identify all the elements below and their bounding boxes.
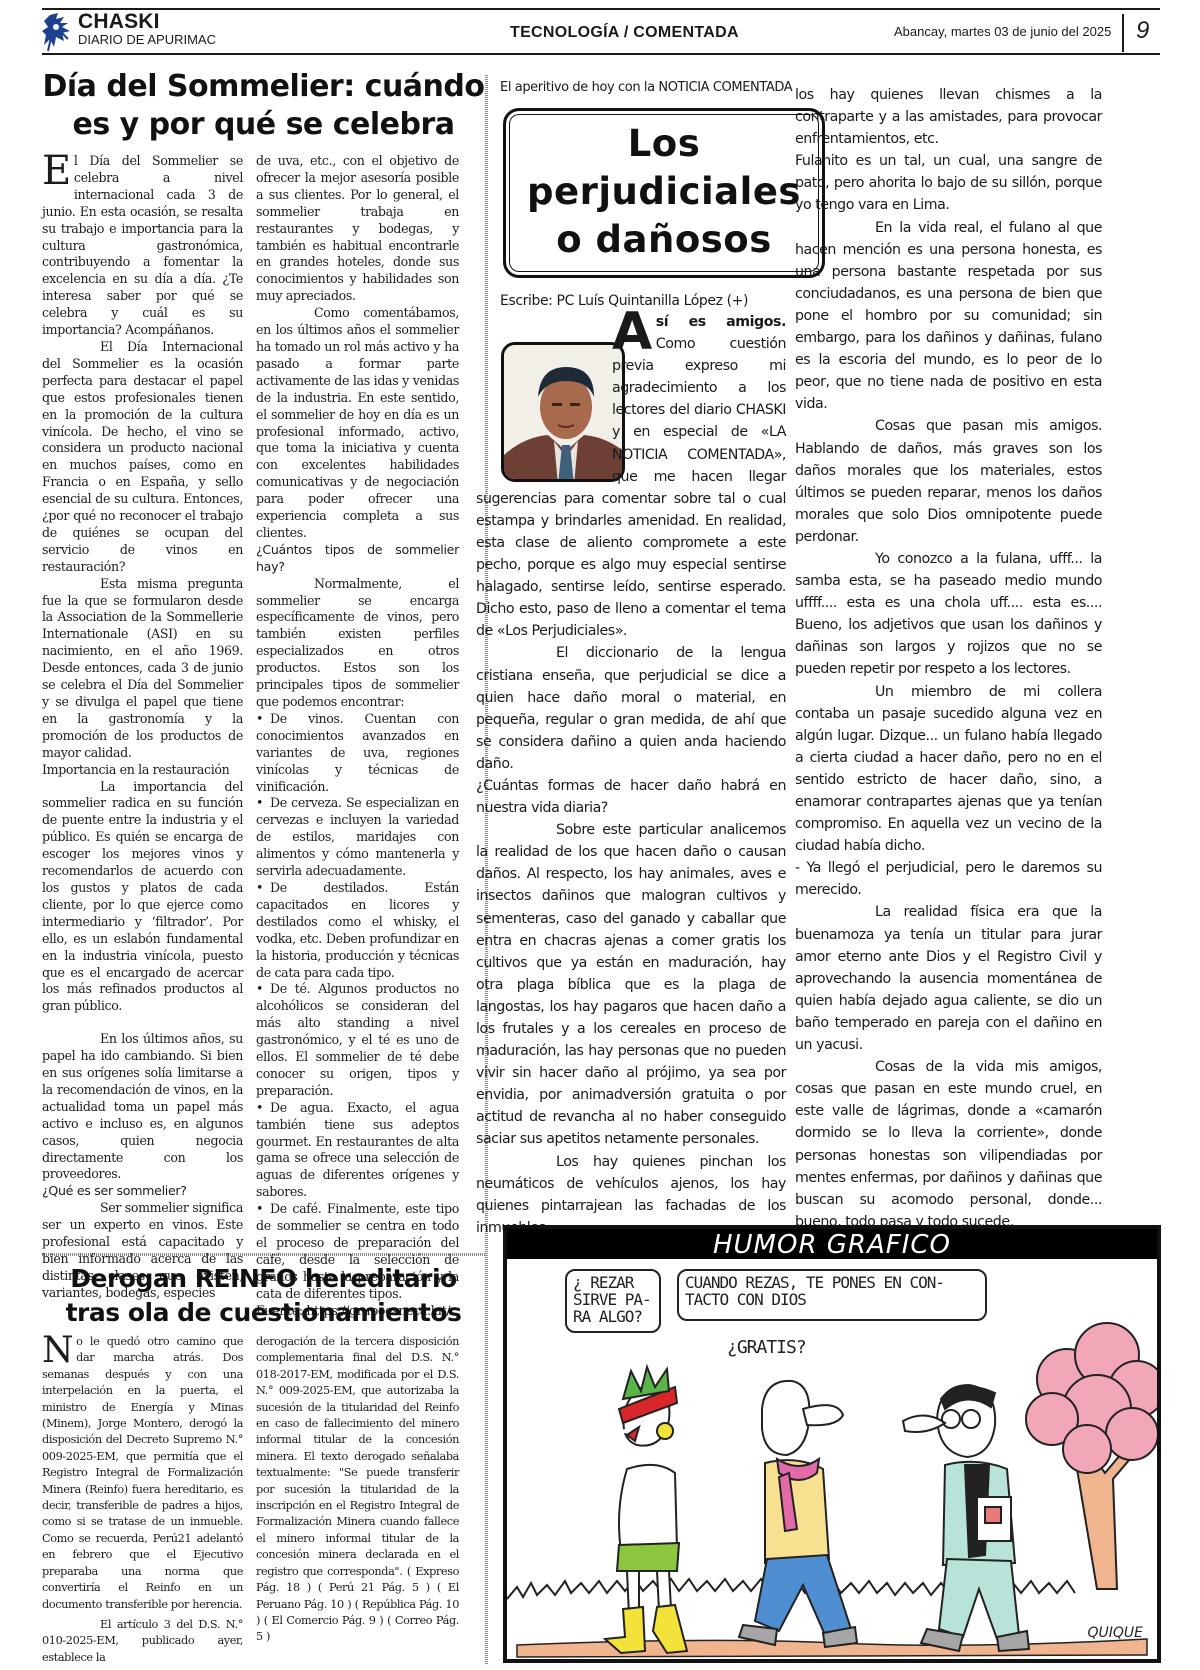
list-item: De cerveza. Se especializan en cervezas … — [256, 795, 459, 880]
masthead: CHASKI DIARIO DE APURIMAC TECNOLOGÍA / C… — [42, 8, 1160, 55]
paragraph: En la vida real, el fulano al que hacen … — [795, 217, 1102, 416]
paragraph: - Ya llegó el perjudicial, pero le darem… — [795, 857, 1102, 901]
subheading: ¿Cuántos tipos de sommelier hay? — [256, 542, 459, 576]
paragraph: ¿Cuántas formas de hacer daño habrá en n… — [476, 775, 786, 819]
paragraph: Fulanito es un tal, un cual, una sangre … — [795, 150, 1102, 216]
list-item: De agua. Exacto, el agua también tiene s… — [256, 1100, 459, 1201]
paragraph: Sobre este particular analicemos la real… — [476, 819, 786, 1150]
drop-cap: E — [42, 155, 71, 187]
speech-bubble-right: CUANDO REZAS, TE PONES EN CON- TACTO CON… — [677, 1269, 987, 1321]
reinfo-column-1: No le quedó otro camino que dar marcha a… — [42, 1334, 243, 1666]
sommelier-column-2: de uva, etc., con el objetivo de ofrecer… — [256, 153, 459, 1320]
headline-line: Derogan REINFO hereditario — [42, 1262, 485, 1296]
title-line: o dañosos — [506, 216, 822, 264]
title-line: Los — [506, 120, 822, 168]
brand-subtitle: DIARIO DE APURIMAC — [78, 32, 216, 47]
paragraph: La importancia del sommelier radica en s… — [42, 779, 243, 1016]
comentada-column-1: Así es amigos. Como cuestión previa expr… — [476, 311, 786, 1239]
paragraph: La realidad física era que la buenamoza … — [795, 901, 1102, 1056]
subheading: Importancia en la restauración — [42, 762, 243, 779]
reinfo-headline: Derogan REINFO hereditario tras ola de c… — [42, 1262, 485, 1330]
paragraph: Normalmente, el sommelier se encarga esp… — [256, 576, 459, 711]
headline-line: Día del Sommelier: cuándo — [42, 68, 485, 106]
headline-line: es y por qué se celebra — [42, 106, 485, 144]
brand-name: CHASKI — [78, 12, 216, 32]
section-label: TECNOLOGÍA / COMENTADA — [510, 24, 739, 42]
cartoonist-signature: QUIQUE — [1087, 1625, 1143, 1641]
page-number: 9 — [1136, 17, 1149, 45]
photo-spacer — [476, 311, 612, 477]
paragraph: Cosas que pasan mis amigos. Hablando de … — [795, 415, 1102, 548]
kicker: El aperitivo de hoy con la NOTICIA COMEN… — [500, 80, 792, 95]
brand: CHASKI DIARIO DE APURIMAC — [78, 12, 216, 47]
paragraph: No le quedó otro camino que dar marcha a… — [42, 1334, 243, 1613]
list-item: De té. Algunos productos no alcohólicos … — [256, 981, 459, 1099]
dateline: Abancay, martes 03 de junio del 2025 — [894, 24, 1111, 39]
sommelier-headline: Día del Sommelier: cuándo es y por qué s… — [42, 68, 485, 144]
paragraph: Cosas de la vida mis amigos, cosas que p… — [795, 1056, 1102, 1233]
paragraph: En los últimos años, su papel ha ido cam… — [42, 1031, 243, 1183]
list-item: De destilados. Están capacitados en lico… — [256, 880, 459, 981]
drop-cap: N — [42, 1336, 73, 1366]
comentada-column-2: los hay quienes llevan chismes a la cont… — [795, 84, 1102, 1233]
paragraph: Como comentábamos, en los últimos años e… — [256, 305, 459, 542]
cartoon-title: HUMOR GRAFICO — [507, 1230, 1157, 1260]
headline-line: tras ola de cuestionamientos — [42, 1296, 485, 1330]
comentada-title-box: Los perjudiciales o dañosos — [503, 108, 825, 278]
sommelier-column-1: El Día del Sommelier se celebra a nivel … — [42, 153, 243, 1302]
drop-cap: A — [612, 311, 652, 353]
cartoon-header: HUMOR GRAFICO — [507, 1229, 1157, 1259]
reinfo-column-2: derogación de la tercera disposición com… — [256, 1334, 459, 1646]
paragraph: Esta misma pregunta fue la que se formul… — [42, 576, 243, 762]
paragraph: El artículo 3 del D.S. N.° 010-2025-EM, … — [42, 1617, 243, 1666]
title-line: perjudiciales — [506, 168, 822, 216]
paragraph: los hay quienes llevan chismes a la cont… — [795, 84, 1102, 150]
paragraph: Yo conozco a la fulana, ufff... la samba… — [795, 548, 1102, 681]
paragraph: derogación de la tercera disposición com… — [256, 1334, 459, 1646]
humor-grafico-cartoon: HUMOR GRAFICO — [503, 1225, 1161, 1663]
paragraph: Un miembro de mi collera contaba un pasa… — [795, 681, 1102, 858]
list-item: De vinos. Cuentan con conocimientos avan… — [256, 711, 459, 796]
paragraph: El Día del Sommelier se celebra a nivel … — [42, 153, 243, 339]
lead-bold: sí es amigos. — [656, 314, 786, 330]
speech-gratis: ¿GRATIS? — [727, 1337, 806, 1358]
subheading: ¿Qué es ser sommelier? — [42, 1183, 243, 1200]
paragraph: El diccionario de la lengua cristiana en… — [476, 642, 786, 775]
paragraph: de uva, etc., con el objetivo de ofrecer… — [256, 153, 459, 305]
speech-bubble-left: ¿ REZAR SIRVE PA- RA ALGO? — [565, 1269, 661, 1333]
page-number-divider — [1122, 14, 1124, 52]
paragraph: El Día Internacional del Sommelier es la… — [42, 339, 243, 576]
chaski-runner-logo-icon — [42, 11, 76, 53]
